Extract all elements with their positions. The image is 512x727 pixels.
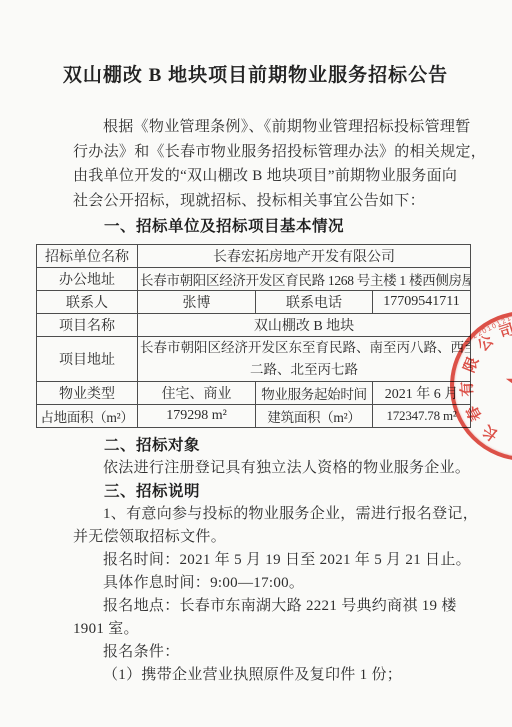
table-row: 联系人 张博 联系电话 17709541711 [37, 291, 471, 314]
section-heading-bid-notes: 三、招标说明 [73, 480, 470, 503]
cell-label-land-area: 占地面积（m²） [37, 405, 138, 428]
cell-value-floor-area: 172347.78 m² [373, 405, 471, 428]
cell-label-office-address: 办公地址 [37, 268, 138, 291]
cell-label-project-address: 项目地址 [37, 337, 138, 382]
section-heading-bid-target: 二、招标对象 [73, 434, 470, 457]
bid-target-body: 依法进行注册登记具有独立法人资格的物业服务企业。 [73, 457, 470, 480]
cell-value-land-area: 179298 m² [138, 405, 256, 428]
cell-value-office-address: 长春市朝阳区经济开发区育民路 1268 号主楼 1 楼西侧房屋 [138, 268, 471, 291]
cell-value-property-type: 住宅、商业 [138, 382, 256, 405]
project-address-line: 长春市朝阳区经济开发区东至育民路、南至丙八路、西至丙 [140, 337, 468, 359]
cell-label-property-type: 物业类型 [37, 382, 138, 405]
registration-place-line: 1901 室。 [73, 618, 470, 641]
conditions-label: 报名条件： [73, 641, 470, 664]
table-row: 项目地址 长春市朝阳区经济开发区东至育民路、南至丙八路、西至丙 二路、北至丙七路 [37, 337, 471, 382]
section-heading-basic-info: 一、招标单位及招标项目基本情况 [73, 215, 470, 238]
intro-line: 社会公开招标，现就招标、投标相关事宜公告如下： [73, 189, 470, 214]
intro-paragraph: 根据《物业管理条例》、《前期物业管理招标投标管理暂 行办法》和《长春市物业服务招… [73, 115, 470, 213]
seal-serial-number: 22010121 [472, 315, 512, 341]
scanned-document-page: 双山棚改 B 地块项目前期物业服务招标公告 根据《物业管理条例》、《前期物业管理… [0, 0, 512, 727]
cell-label-service-start: 物业服务起始时间 [256, 382, 373, 405]
cell-label-project-name: 项目名称 [37, 314, 138, 337]
seal-arc-char: 司 [496, 321, 512, 344]
cell-value-unit-name: 长春宏拓房地产开发有限公司 [138, 245, 471, 268]
table-row: 招标单位名称 长春宏拓房地产开发有限公司 [37, 245, 471, 268]
cell-label-floor-area: 建筑面积（m²） [256, 405, 373, 428]
seal-arc-char: 长 [478, 419, 503, 444]
intro-line: 由我单位开发的“双山棚改 B 地块项目”前期物业服务面向 [73, 164, 470, 189]
table-row: 办公地址 长春市朝阳区经济开发区育民路 1268 号主楼 1 楼西侧房屋 [37, 268, 471, 291]
cell-label-phone: 联系电话 [256, 291, 373, 314]
basic-info-table: 招标单位名称 长春宏拓房地产开发有限公司 办公地址 长春市朝阳区经济开发区育民路… [36, 244, 471, 428]
intro-line: 根据《物业管理条例》、《前期物业管理招标投标管理暂 [73, 115, 470, 140]
registration-place-line: 报名地点：长春市东南湖大路 2221 号典约商祺 19 楼 [73, 595, 470, 618]
notes-item1-line: 并无偿领取招标文件。 [73, 526, 470, 549]
cell-value-phone: 17709541711 [373, 291, 471, 314]
table-row: 项目名称 双山棚改 B 地块 [37, 314, 471, 337]
project-address-line: 二路、北至丙七路 [140, 359, 468, 381]
cell-label-unit-name: 招标单位名称 [37, 245, 138, 268]
table-row: 占地面积（m²） 179298 m² 建筑面积（m²） 172347.78 m² [37, 405, 471, 428]
document-title: 双山棚改 B 地块项目前期物业服务招标公告 [57, 60, 454, 87]
seal-arc-char: 公 [473, 331, 498, 356]
notes-item1-line: 1、有意向参与投标的物业服务企业，需进行报名登记， [73, 503, 470, 526]
lower-sections: 二、招标对象 依法进行注册登记具有独立法人资格的物业服务企业。 三、招标说明 1… [73, 434, 470, 687]
condition-item-1: （1）携带企业营业执照原件及复印件 1 份； [73, 664, 470, 687]
cell-value-contact: 张博 [138, 291, 256, 314]
table-row: 物业类型 住宅、商业 物业服务起始时间 2021 年 6 月 [37, 382, 471, 405]
cell-value-service-start: 2021 年 6 月 [373, 382, 471, 405]
cell-label-contact: 联系人 [37, 291, 138, 314]
registration-time: 报名时间：2021 年 5 月 19 日至 2021 年 5 月 21 日止。 [73, 549, 470, 572]
star-icon: ★ [503, 359, 512, 409]
cell-value-project-address: 长春市朝阳区经济开发区东至育民路、南至丙八路、西至丙 二路、北至丙七路 [138, 337, 471, 382]
working-hours: 具体作息时间：9:00—17:00。 [73, 572, 470, 595]
intro-line: 行办法》和《长春市物业服务招投标管理办法》的相关规定， [73, 140, 470, 165]
cell-value-project-name: 双山棚改 B 地块 [138, 314, 471, 337]
